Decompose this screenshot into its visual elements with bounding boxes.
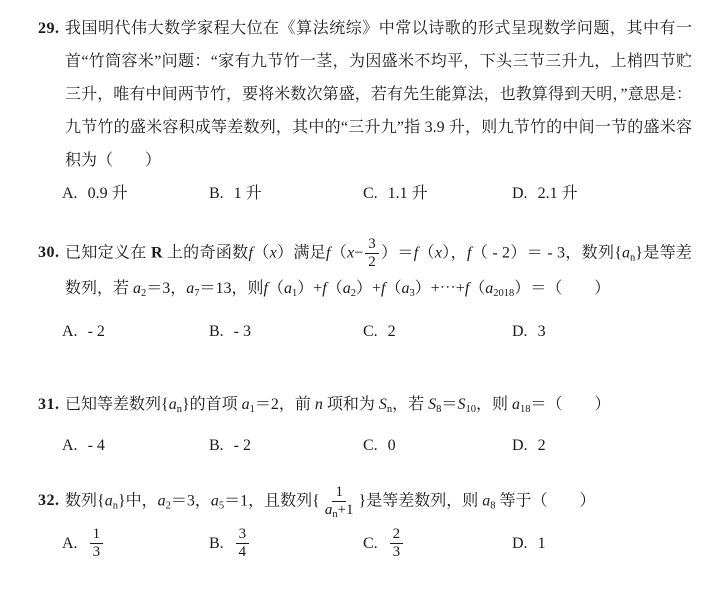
- option-value: - 3: [234, 315, 251, 348]
- fraction: 23: [390, 526, 404, 562]
- exam-document-page: 29. 我国明代伟大数学家程大位在《算法统综》中常以诗歌的形式呈现数学问题，其中…: [0, 0, 720, 600]
- option-label: A.: [62, 177, 78, 210]
- option-value: - 2: [234, 429, 251, 462]
- option-label: D.: [512, 429, 528, 462]
- option-c: C.1.1 升: [363, 177, 512, 210]
- option-value: 34: [234, 526, 252, 562]
- option-label: A.: [62, 315, 78, 348]
- option-label: D.: [512, 527, 528, 560]
- option-label: C.: [363, 429, 378, 462]
- option-value: 1.1 升: [388, 177, 428, 210]
- option-a: A.- 4: [62, 429, 209, 462]
- option-label: D.: [512, 315, 528, 348]
- question-31: 31. 已知等差数列{an}的首项 a1＝2，前 n 项和为 Sn，若 S8＝S…: [38, 388, 692, 462]
- option-label: A.: [62, 429, 78, 462]
- option-value: 2.1 升: [538, 177, 578, 210]
- option-label: B.: [209, 177, 224, 210]
- question-stem: 已知定义在 R 上的奇函数f（x）满足f（x−32）＝f（x），f（ - 2）＝…: [65, 236, 692, 305]
- option-b: B.- 2: [209, 429, 363, 462]
- fraction: 34: [236, 526, 250, 562]
- option-d: D.1: [512, 526, 692, 562]
- option-value: 3: [538, 315, 546, 348]
- option-label: C.: [363, 177, 378, 210]
- question-number: 31.: [38, 388, 65, 421]
- option-value: 2: [538, 429, 546, 462]
- question-32-line: 32. 数列{an}中，a2＝3，a5＝1，且数列{1an+1}是等差数列，则 …: [38, 484, 692, 520]
- option-value: 0: [388, 429, 396, 462]
- question-number: 29.: [38, 12, 65, 45]
- question-number: 32.: [38, 484, 65, 517]
- option-d: D.3: [512, 315, 692, 348]
- question-stem: 我国明代伟大数学家程大位在《算法统综》中常以诗歌的形式呈现数学问题，其中有一首“…: [65, 12, 692, 177]
- options-row: A.13 B.34 C.23 D.1: [38, 526, 692, 562]
- option-c: C.2: [363, 315, 512, 348]
- option-value: 23: [388, 526, 406, 562]
- option-value: 2: [388, 315, 396, 348]
- option-value: 1 升: [234, 177, 262, 210]
- question-30-line: 30. 已知定义在 R 上的奇函数f（x）满足f（x−32）＝f（x），f（ -…: [38, 236, 692, 305]
- option-value: - 4: [88, 429, 105, 462]
- option-c: C.23: [363, 526, 512, 562]
- option-a: A.0.9 升: [62, 177, 209, 210]
- question-stem: 数列{an}中，a2＝3，a5＝1，且数列{1an+1}是等差数列，则 a8 等…: [65, 484, 692, 520]
- question-30: 30. 已知定义在 R 上的奇函数f（x）满足f（x−32）＝f（x），f（ -…: [38, 236, 692, 348]
- fraction: 32: [365, 236, 379, 272]
- question-29: 29. 我国明代伟大数学家程大位在《算法统综》中常以诗歌的形式呈现数学问题，其中…: [38, 12, 692, 210]
- option-label: B.: [209, 527, 224, 560]
- option-d: D.2: [512, 429, 692, 462]
- question-stem: 已知等差数列{an}的首项 a1＝2，前 n 项和为 Sn，若 S8＝S10，则…: [65, 388, 692, 421]
- option-b: B.- 3: [209, 315, 363, 348]
- option-label: C.: [363, 527, 378, 560]
- question-32: 32. 数列{an}中，a2＝3，a5＝1，且数列{1an+1}是等差数列，则 …: [38, 484, 692, 561]
- option-b: B.1 升: [209, 177, 363, 210]
- option-label: B.: [209, 429, 224, 462]
- option-value: - 2: [88, 315, 105, 348]
- option-a: A.- 2: [62, 315, 209, 348]
- option-value: 13: [88, 526, 106, 562]
- question-31-line: 31. 已知等差数列{an}的首项 a1＝2，前 n 项和为 Sn，若 S8＝S…: [38, 388, 692, 421]
- fraction: 13: [90, 526, 104, 562]
- question-number: 30.: [38, 236, 65, 269]
- option-label: D.: [512, 177, 528, 210]
- options-row: A.- 4 B.- 2 C.0 D.2: [38, 429, 692, 462]
- option-b: B.34: [209, 526, 363, 562]
- option-label: A.: [62, 527, 78, 560]
- option-label: C.: [363, 315, 378, 348]
- options-row: A.0.9 升 B.1 升 C.1.1 升 D.2.1 升: [38, 177, 692, 210]
- option-value: 0.9 升: [88, 177, 128, 210]
- option-label: B.: [209, 315, 224, 348]
- fraction: 1an+1: [322, 484, 357, 520]
- option-c: C.0: [363, 429, 512, 462]
- options-row: A.- 2 B.- 3 C.2 D.3: [38, 315, 692, 348]
- question-29-line: 29. 我国明代伟大数学家程大位在《算法统综》中常以诗歌的形式呈现数学问题，其中…: [38, 12, 692, 177]
- option-a: A.13: [62, 526, 209, 562]
- option-d: D.2.1 升: [512, 177, 692, 210]
- option-value: 1: [538, 527, 546, 560]
